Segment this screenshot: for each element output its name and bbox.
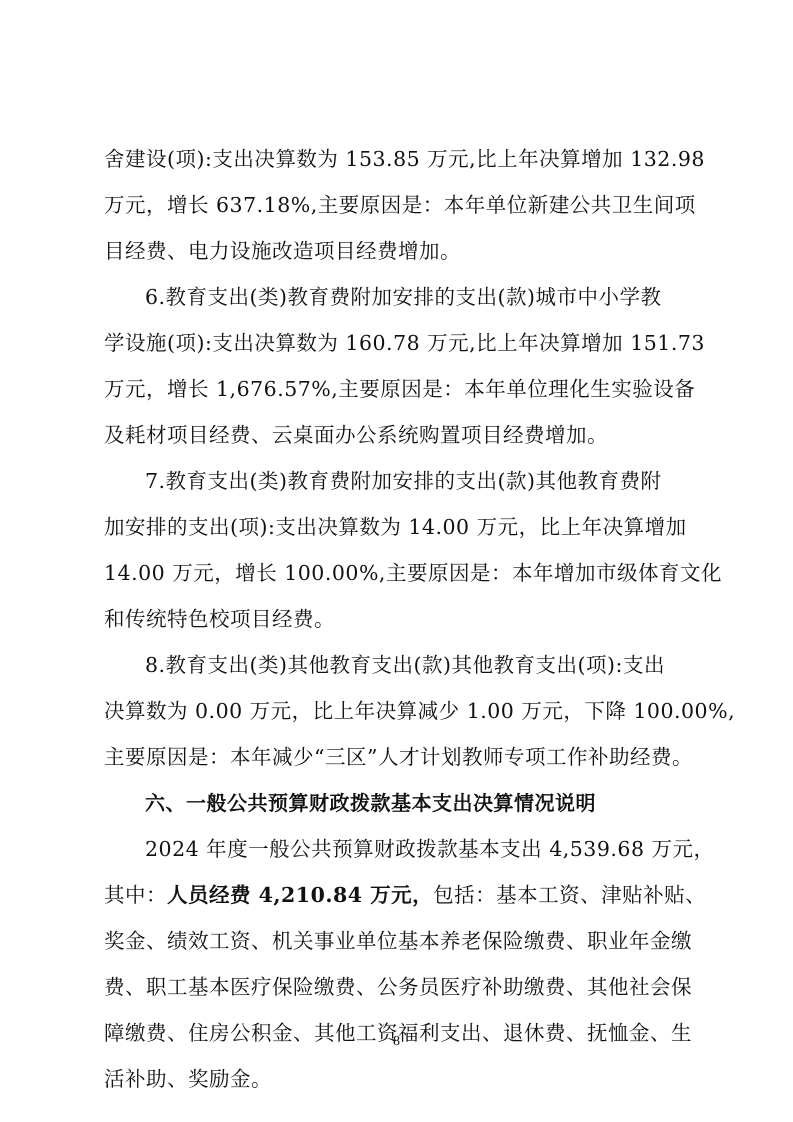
section-heading: 六、一般公共预算财政拨款基本支出决算情况说明 bbox=[104, 780, 700, 826]
text-line: 决算数为 0.00 万元，比上年决算减少 1.00 万元，下降 100.00%, bbox=[104, 688, 700, 734]
item-8-start: 8.教育支出(类)其他教育支出(款)其他教育支出(项):支出 bbox=[104, 642, 700, 688]
summary-suffix: 包括：基本工资、津贴补贴、 bbox=[433, 883, 706, 907]
text-line: 舍建设(项):支出决算数为 153.85 万元,比上年决算增加 132.98 bbox=[104, 136, 700, 182]
item-7-start: 7.教育支出(类)教育费附加安排的支出(款)其他教育费附 bbox=[104, 458, 700, 504]
item-6-start: 6.教育支出(类)教育费附加安排的支出(款)城市中小学教 bbox=[104, 274, 700, 320]
text-line: 加安排的支出(项):支出决算数为 14.00 万元，比上年决算增加 bbox=[104, 504, 700, 550]
text-line: 学设施(项):支出决算数为 160.78 万元,比上年决算增加 151.73 bbox=[104, 320, 700, 366]
personnel-expense-highlight: 人员经费 4,210.84 万元， bbox=[167, 883, 433, 907]
text-line: 主要原因是：本年减少“三区”人才计划教师专项工作补助经费。 bbox=[104, 734, 700, 780]
text-line: 万元，增长 1,676.57%,主要原因是：本年单位理化生实验设备 bbox=[104, 366, 700, 412]
page-number: 8 bbox=[0, 1034, 793, 1050]
summary-line: 费、职工基本医疗保险缴费、公务员医疗补助缴费、其他社会保 bbox=[104, 964, 700, 1010]
summary-line: 2024 年度一般公共预算财政拨款基本支出 4,539.68 万元， bbox=[104, 826, 700, 872]
text-line: 和传统特色校项目经费。 bbox=[104, 596, 700, 642]
text-line: 及耗材项目经费、云桌面办公系统购置项目经费增加。 bbox=[104, 412, 700, 458]
summary-line: 奖金、绩效工资、机关事业单位基本养老保险缴费、职业年金缴 bbox=[104, 918, 700, 964]
summary-prefix: 其中： bbox=[104, 883, 167, 907]
summary-line: 其中：人员经费 4,210.84 万元，包括：基本工资、津贴补贴、 bbox=[104, 872, 700, 918]
summary-line: 活补助、奖励金。 bbox=[104, 1056, 700, 1102]
text-line: 万元，增长 637.18%,主要原因是：本年单位新建公共卫生间项 bbox=[104, 182, 700, 228]
text-line: 目经费、电力设施改造项目经费增加。 bbox=[104, 228, 700, 274]
text-line: 14.00 万元，增长 100.00%,主要原因是：本年增加市级体育文化 bbox=[104, 550, 700, 596]
document-body: 舍建设(项):支出决算数为 153.85 万元,比上年决算增加 132.98 万… bbox=[104, 136, 700, 1102]
